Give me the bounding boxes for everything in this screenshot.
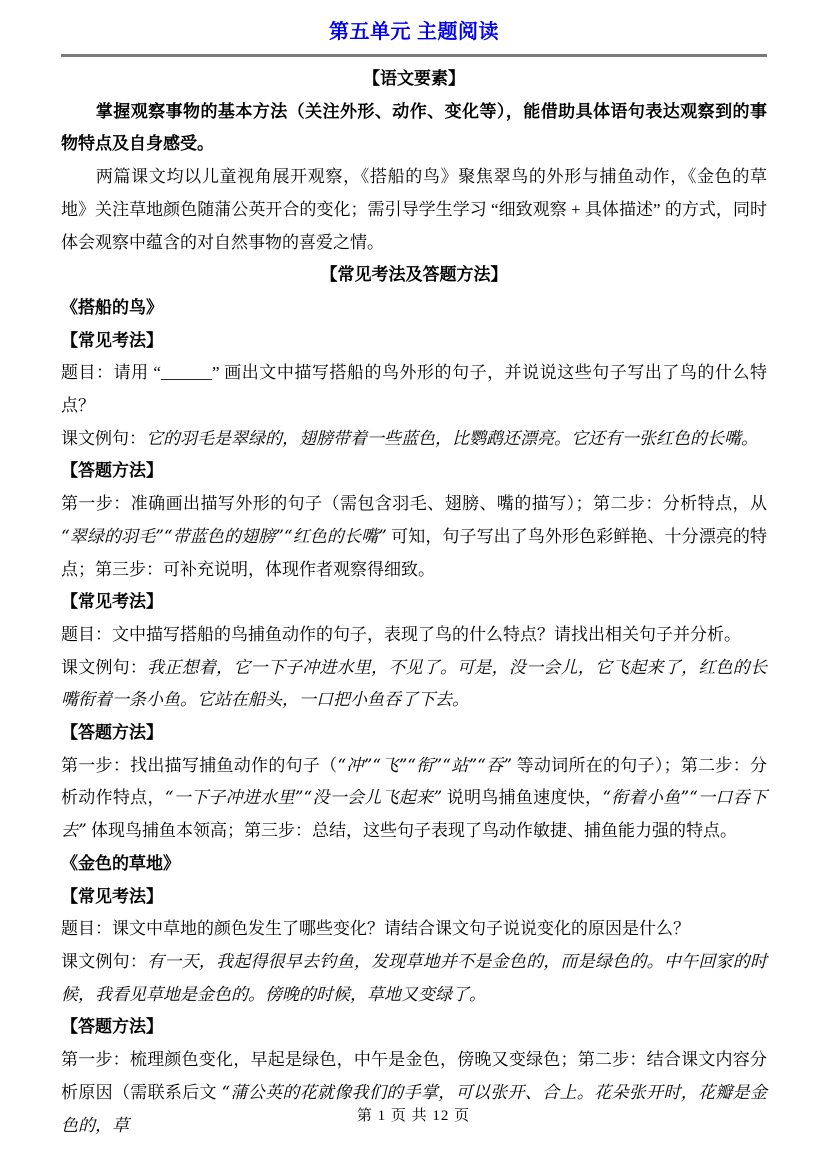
- document-body: 【语文要素】 掌握观察事物的基本方法（关注外形、动作、变化等），能借助具体语句表…: [61, 63, 767, 1142]
- book1-q1-question: 题目：请用 “______” 画出文中描写搭船的鸟外形的句子，并说说这些句子写出…: [61, 357, 767, 422]
- example-quote: 它的羽毛是翠绿的，翅膀带着一些蓝色，比鹦鹉还漂亮。它还有一张红色的长嘴。: [146, 429, 758, 449]
- book2-title: 《金色的草地》: [61, 848, 767, 881]
- method-step-text: 第一步：找出描写捕鱼动作的句子（: [61, 756, 337, 775]
- book2-q1-question: 题目：课文中草地的颜色发生了哪些变化？请结合课文句子说说变化的原因是什么？: [61, 913, 767, 946]
- book1-q1-heading: 【常见考法】: [61, 325, 767, 358]
- methods-section-heading: 【常见考法及答题方法】: [61, 259, 767, 292]
- page-content: 第五单元 主题阅读 【语文要素】 掌握观察事物的基本方法（关注外形、动作、变化等…: [61, 0, 767, 1142]
- example-quote: 有一天，我起得很早去钓鱼，发现草地并不是金色的，而是绿色的。中午回家的时候，我看…: [61, 952, 767, 1005]
- book1-q2-method-heading: 【答题方法】: [61, 717, 767, 750]
- title-divider: [61, 54, 767, 57]
- example-label: 课文例句：: [61, 952, 147, 971]
- method-step-text: 说明鸟捕鱼速度快，: [442, 788, 602, 807]
- book2-q1-example: 课文例句：有一天，我起得很早去钓鱼，发现草地并不是金色的，而是绿色的。中午回家的…: [61, 946, 767, 1011]
- book2-q1-method-heading: 【答题方法】: [61, 1011, 767, 1044]
- page-title: 第五单元 主题阅读: [61, 19, 767, 46]
- book1-q2-question: 题目：文中描写搭船的鸟捕鱼动作的句子，表现了鸟的什么特点？请找出相关句子并分析。: [61, 619, 767, 652]
- essentials-goal: 掌握观察事物的基本方法（关注外形、动作、变化等），能借助具体语句表达观察到的事物…: [61, 96, 767, 161]
- essentials-overview: 两篇课文均以儿童视角展开观察，《搭船的鸟》聚焦翠鸟的外形与捕鱼动作，《金色的草地…: [61, 161, 767, 259]
- document-page: 第五单元 主题阅读 【语文要素】 掌握观察事物的基本方法（关注外形、动作、变化等…: [0, 0, 827, 1169]
- method-step-text: 第一步：准确画出描写外形的句子（需包含羽毛、翅膀、嘴的描写）；第二步：分析特点，…: [61, 494, 767, 513]
- essentials-heading: 【语文要素】: [61, 63, 767, 96]
- method-step-text: 体现鸟捕鱼本领高；第三步：总结，这些句子表现了鸟动作敏捷、捕鱼能力强的特点。: [87, 821, 737, 840]
- book1-q2-example: 课文例句：我正想着，它一下子冲进水里，不见了。可是，没一会儿，它飞起来了，红色的…: [61, 652, 767, 717]
- book1-q2-heading: 【常见考法】: [61, 586, 767, 619]
- example-label: 课文例句：: [61, 658, 147, 677]
- book1-q1-method-heading: 【答题方法】: [61, 455, 767, 488]
- book1-q1-method: 第一步：准确画出描写外形的句子（需包含羽毛、翅膀、嘴的描写）；第二步：分析特点，…: [61, 488, 767, 586]
- example-label: 课文例句：: [61, 429, 146, 448]
- book1-title: 《搭船的鸟》: [61, 292, 767, 325]
- method-quote: “翠绿的羽毛”“带蓝色的翅膀”“红色的长嘴”: [61, 527, 387, 547]
- book2-q1-method: 第一步：梳理颜色变化，早起是绿色，中午是金色，傍晚又变绿色；第二步：结合课文内容…: [61, 1044, 767, 1142]
- book1-q2-method: 第一步：找出描写捕鱼动作的句子（“冲”“飞”“衔”“站”“吞” 等动词所在的句子…: [61, 750, 767, 848]
- method-quote: “一下子冲进水里”“没一会儿飞起来”: [165, 788, 442, 808]
- method-quote: “冲”“飞”“衔”“站”“吞”: [337, 756, 512, 776]
- example-quote: 我正想着，它一下子冲进水里，不见了。可是，没一会儿，它飞起来了，红色的长嘴衔着一…: [61, 658, 767, 711]
- book2-q1-heading: 【常见考法】: [61, 881, 767, 914]
- book1-q1-example: 课文例句：它的羽毛是翠绿的，翅膀带着一些蓝色，比鹦鹉还漂亮。它还有一张红色的长嘴…: [61, 423, 767, 456]
- page-footer: 第 1 页 共 12 页: [0, 1104, 827, 1125]
